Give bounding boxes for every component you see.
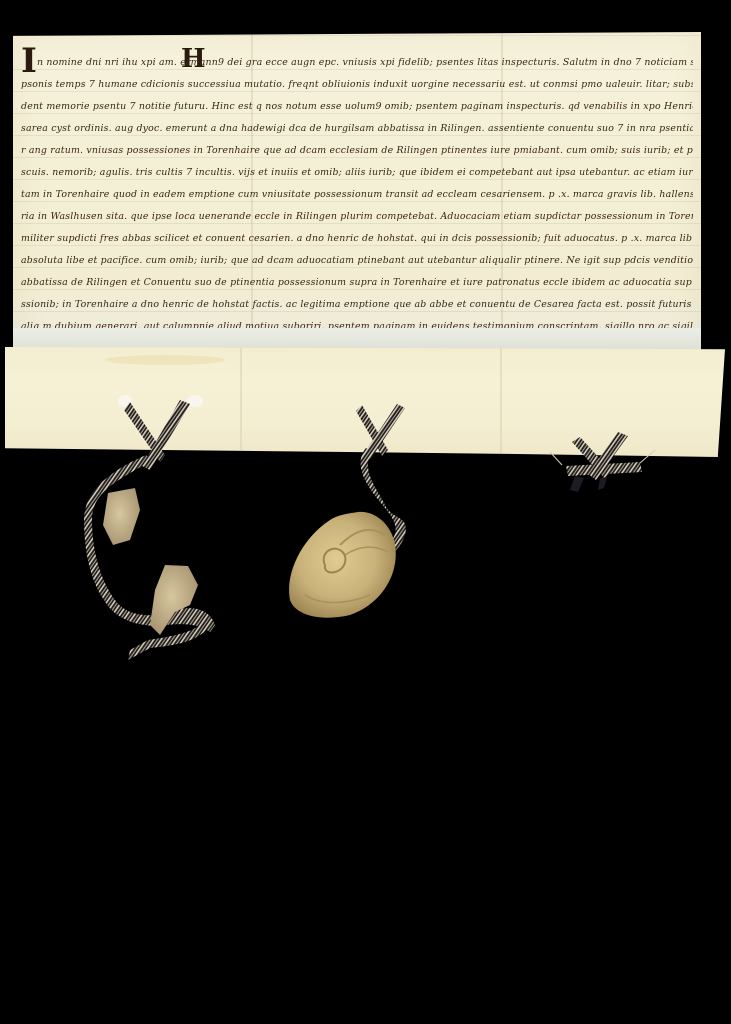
text-line: scuis. nemorib; agulis. tris cultis 7 in… (21, 162, 693, 184)
fold-line (240, 347, 242, 457)
text-line: ria in Waslhusen sita. que ipse loca uen… (21, 206, 693, 228)
text-line: psonis temps 7 humane cdicionis successi… (21, 74, 693, 96)
text-line: ssionib; in Torenhaire a dno henric de h… (21, 294, 693, 316)
fold-line (500, 347, 502, 457)
text-line: dent memorie psentu 7 notitie futuru. Hi… (21, 96, 693, 118)
charter-parchment: I H n nomine dni nri ihu xpi am. ermann9… (13, 32, 701, 352)
text-line: abbatissa de Rilingen et Conuentu suo de… (21, 272, 693, 294)
text-line: tam in Torenhaire quod in eadem emptione… (21, 184, 693, 206)
text-line: n nomine dni nri ihu xpi am. ermann9 dei… (21, 52, 693, 74)
text-line: r ang ratum. vniusas possessiones in Tor… (21, 140, 693, 162)
stain-mark (105, 355, 225, 365)
plica-fold-flap (5, 347, 725, 457)
text-line: sarea cyst ordinis. aug dyoc. emerunt a … (21, 118, 693, 140)
text-line: absoluta libe et pacifice. cum omib; iur… (21, 250, 693, 272)
text-line: militer supdicti fres abbas scilicet et … (21, 228, 693, 250)
